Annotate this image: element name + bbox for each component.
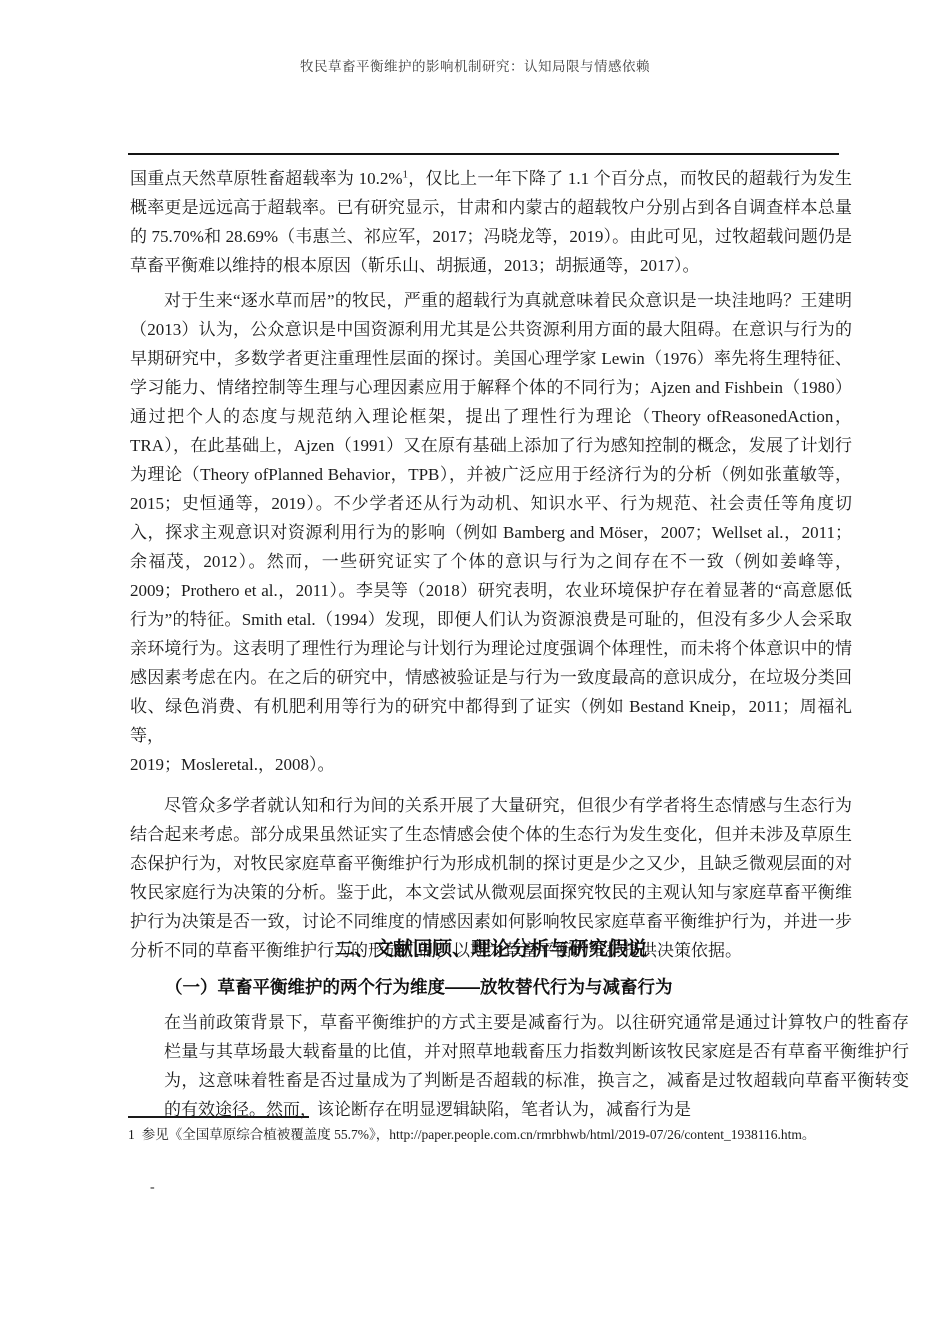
subsection-heading: （一）草畜平衡维护的两个行为维度——放牧替代行为与减畜行为 [130,974,900,999]
article-body: 国重点天然草原牲畜超载率为 10.2%1，仅比上一年下降了 1.1 个百分点，而… [130,164,852,965]
header-divider [128,153,839,155]
paragraph-overload-rate: 国重点天然草原牲畜超载率为 10.2%1，仅比上一年下降了 1.1 个百分点，而… [130,164,852,280]
paragraph-literature-review: 对于生来“逐水草而居”的牧民，严重的超载行为真就意味着民众意识是一块洼地吗？王建… [130,286,852,750]
section-heading: 二、文献回顾、理论分析与研究假说 [130,933,852,961]
p1-text-before-ref: 国重点天然草原牲畜超载率为 10.2% [130,169,403,188]
paragraph-literature-review-continuation: 2019；Mosleretal.，2008）。 [130,750,852,779]
footnote-number: 1 [128,1127,135,1142]
footnote: 1参见《全国草原综合植被覆盖度 55.7%》，http://paper.peop… [128,1122,840,1147]
footnote-divider [128,1116,309,1118]
page-header-title: 牧民草畜平衡维护的影响机制研究：认知局限与情感依赖 [0,55,950,75]
paragraph-reduction-behavior: 在当前政策背景下，草畜平衡维护的方式主要是减畜行为。以往研究通常是通过计算牧户的… [164,1008,909,1124]
footnote-area: 1参见《全国草原综合植被覆盖度 55.7%》，http://paper.peop… [128,1116,840,1147]
footnote-text: 参见《全国草原综合植被覆盖度 55.7%》，http://paper.peopl… [142,1127,816,1142]
document-page: 牧民草畜平衡维护的影响机制研究：认知局限与情感依赖 国重点天然草原牲畜超载率为 … [0,0,950,1344]
page-footer-dash: - [150,1180,155,1196]
